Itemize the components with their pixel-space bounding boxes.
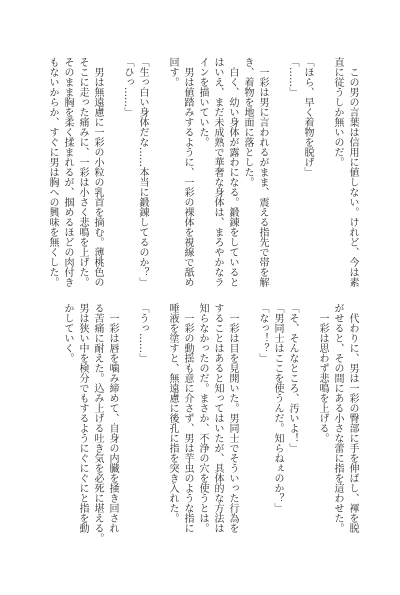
document-page: この男の言葉は信用に値しない。けれど、今は素 直に従うしか無いのだ。 「ほら、早…: [0, 0, 400, 595]
blank-column: [270, 57, 285, 287]
text-column: 唾液を塗すと、無遠慮に後孔に指を突き入れた。: [165, 303, 180, 533]
text-column: 直に従うしか無いのだ。: [330, 57, 345, 287]
dialogue-column: 「男同士はここを使うんだ。知らねぇのか？」: [270, 303, 285, 533]
text-column: 知らなかったのだ。まさか、不浄の穴を使うとは。: [195, 303, 210, 533]
text-column: 一彩は目を見開いた。男同士でそういった行為を: [225, 303, 240, 533]
blank-column: [315, 57, 330, 287]
text-column: はいえ、まだ未成熟で華奢な身体は、まろやかなラ: [210, 57, 225, 287]
blank-column: [120, 303, 135, 533]
blank-column: [150, 303, 165, 533]
text-column: もないからか、すぐに男は胸への興味を無くした。: [45, 57, 60, 287]
text-column: 一彩は唇を噛み締めて、自身の内臓を掻き回され: [105, 303, 120, 533]
text-column: 男は狭い中を検分でもするようにぐにぐにと指を動: [75, 303, 90, 533]
text-column: 白く、幼い身体が露わになる。鍛錬をしていると: [225, 57, 240, 287]
text-column: そのまま胸を柔く揉まれるが、掴めるほどの肉付き: [60, 57, 75, 287]
blank-column: [300, 303, 315, 533]
dialogue-column: 「……」: [285, 57, 300, 287]
dialogue-column: 「生っ白い身体だな……本当に鍛錬してるのか？」: [135, 57, 150, 287]
text-column: がせると、その間にある小さな蕾に指を這わせた。: [330, 303, 345, 533]
dialogue-column: 「なっ！？」: [255, 303, 270, 533]
text-column: することはあると知ってはいたが、具体的な方法は: [210, 303, 225, 533]
text-column: かしていく。: [60, 303, 75, 533]
dialogue-column: 「そ、そんなところ、汚いよ！」: [285, 303, 300, 533]
dialogue-column: 「ほら、早く着物を脱げ」: [300, 57, 315, 287]
text-column: 一彩の動揺も意に介さず、男は芋虫のような指に: [180, 303, 195, 533]
dialogue-column: 「うっ……」: [135, 303, 150, 533]
text-block-top: この男の言葉は信用に値しない。けれど、今は素 直に従うしか無いのだ。 「ほら、早…: [45, 57, 360, 289]
text-column: る苦痛に耐えた。込み上げる吐き気を必死に堪える。: [90, 303, 105, 533]
text-column: き、着物を地面に落とした。: [240, 57, 255, 287]
text-column: この男の言葉は信用に値しない。けれど、今は素: [345, 57, 360, 287]
text-column: 代わりに、男は一彩の臀部に手を伸ばし、褌を脱: [345, 303, 360, 533]
blank-column: [105, 57, 120, 287]
text-column: 回す。: [165, 57, 180, 287]
text-column: 男は値踏みするように、一彩の裸体を視線で舐め: [180, 57, 195, 287]
text-column: そこに走った痛みに、一彩は小さく悲鳴を上げた。: [75, 57, 90, 287]
blank-column: [240, 303, 255, 533]
text-column: 一彩は思わず悲鳴を上げる。: [315, 303, 330, 533]
text-column: 一彩は男に言われるがまま、震える指先で帯を解: [255, 57, 270, 287]
dialogue-column: 「ひっ……」: [120, 57, 135, 287]
text-block-bottom: 代わりに、男は一彩の臀部に手を伸ばし、褌を脱 がせると、その間にある小さな蕾に指…: [60, 303, 360, 535]
text-column: 男は無遠慮に一彩の小粒の乳首を摘む。薄桃色の: [90, 57, 105, 287]
blank-column: [150, 57, 165, 287]
text-column: インを描いていた。: [195, 57, 210, 287]
